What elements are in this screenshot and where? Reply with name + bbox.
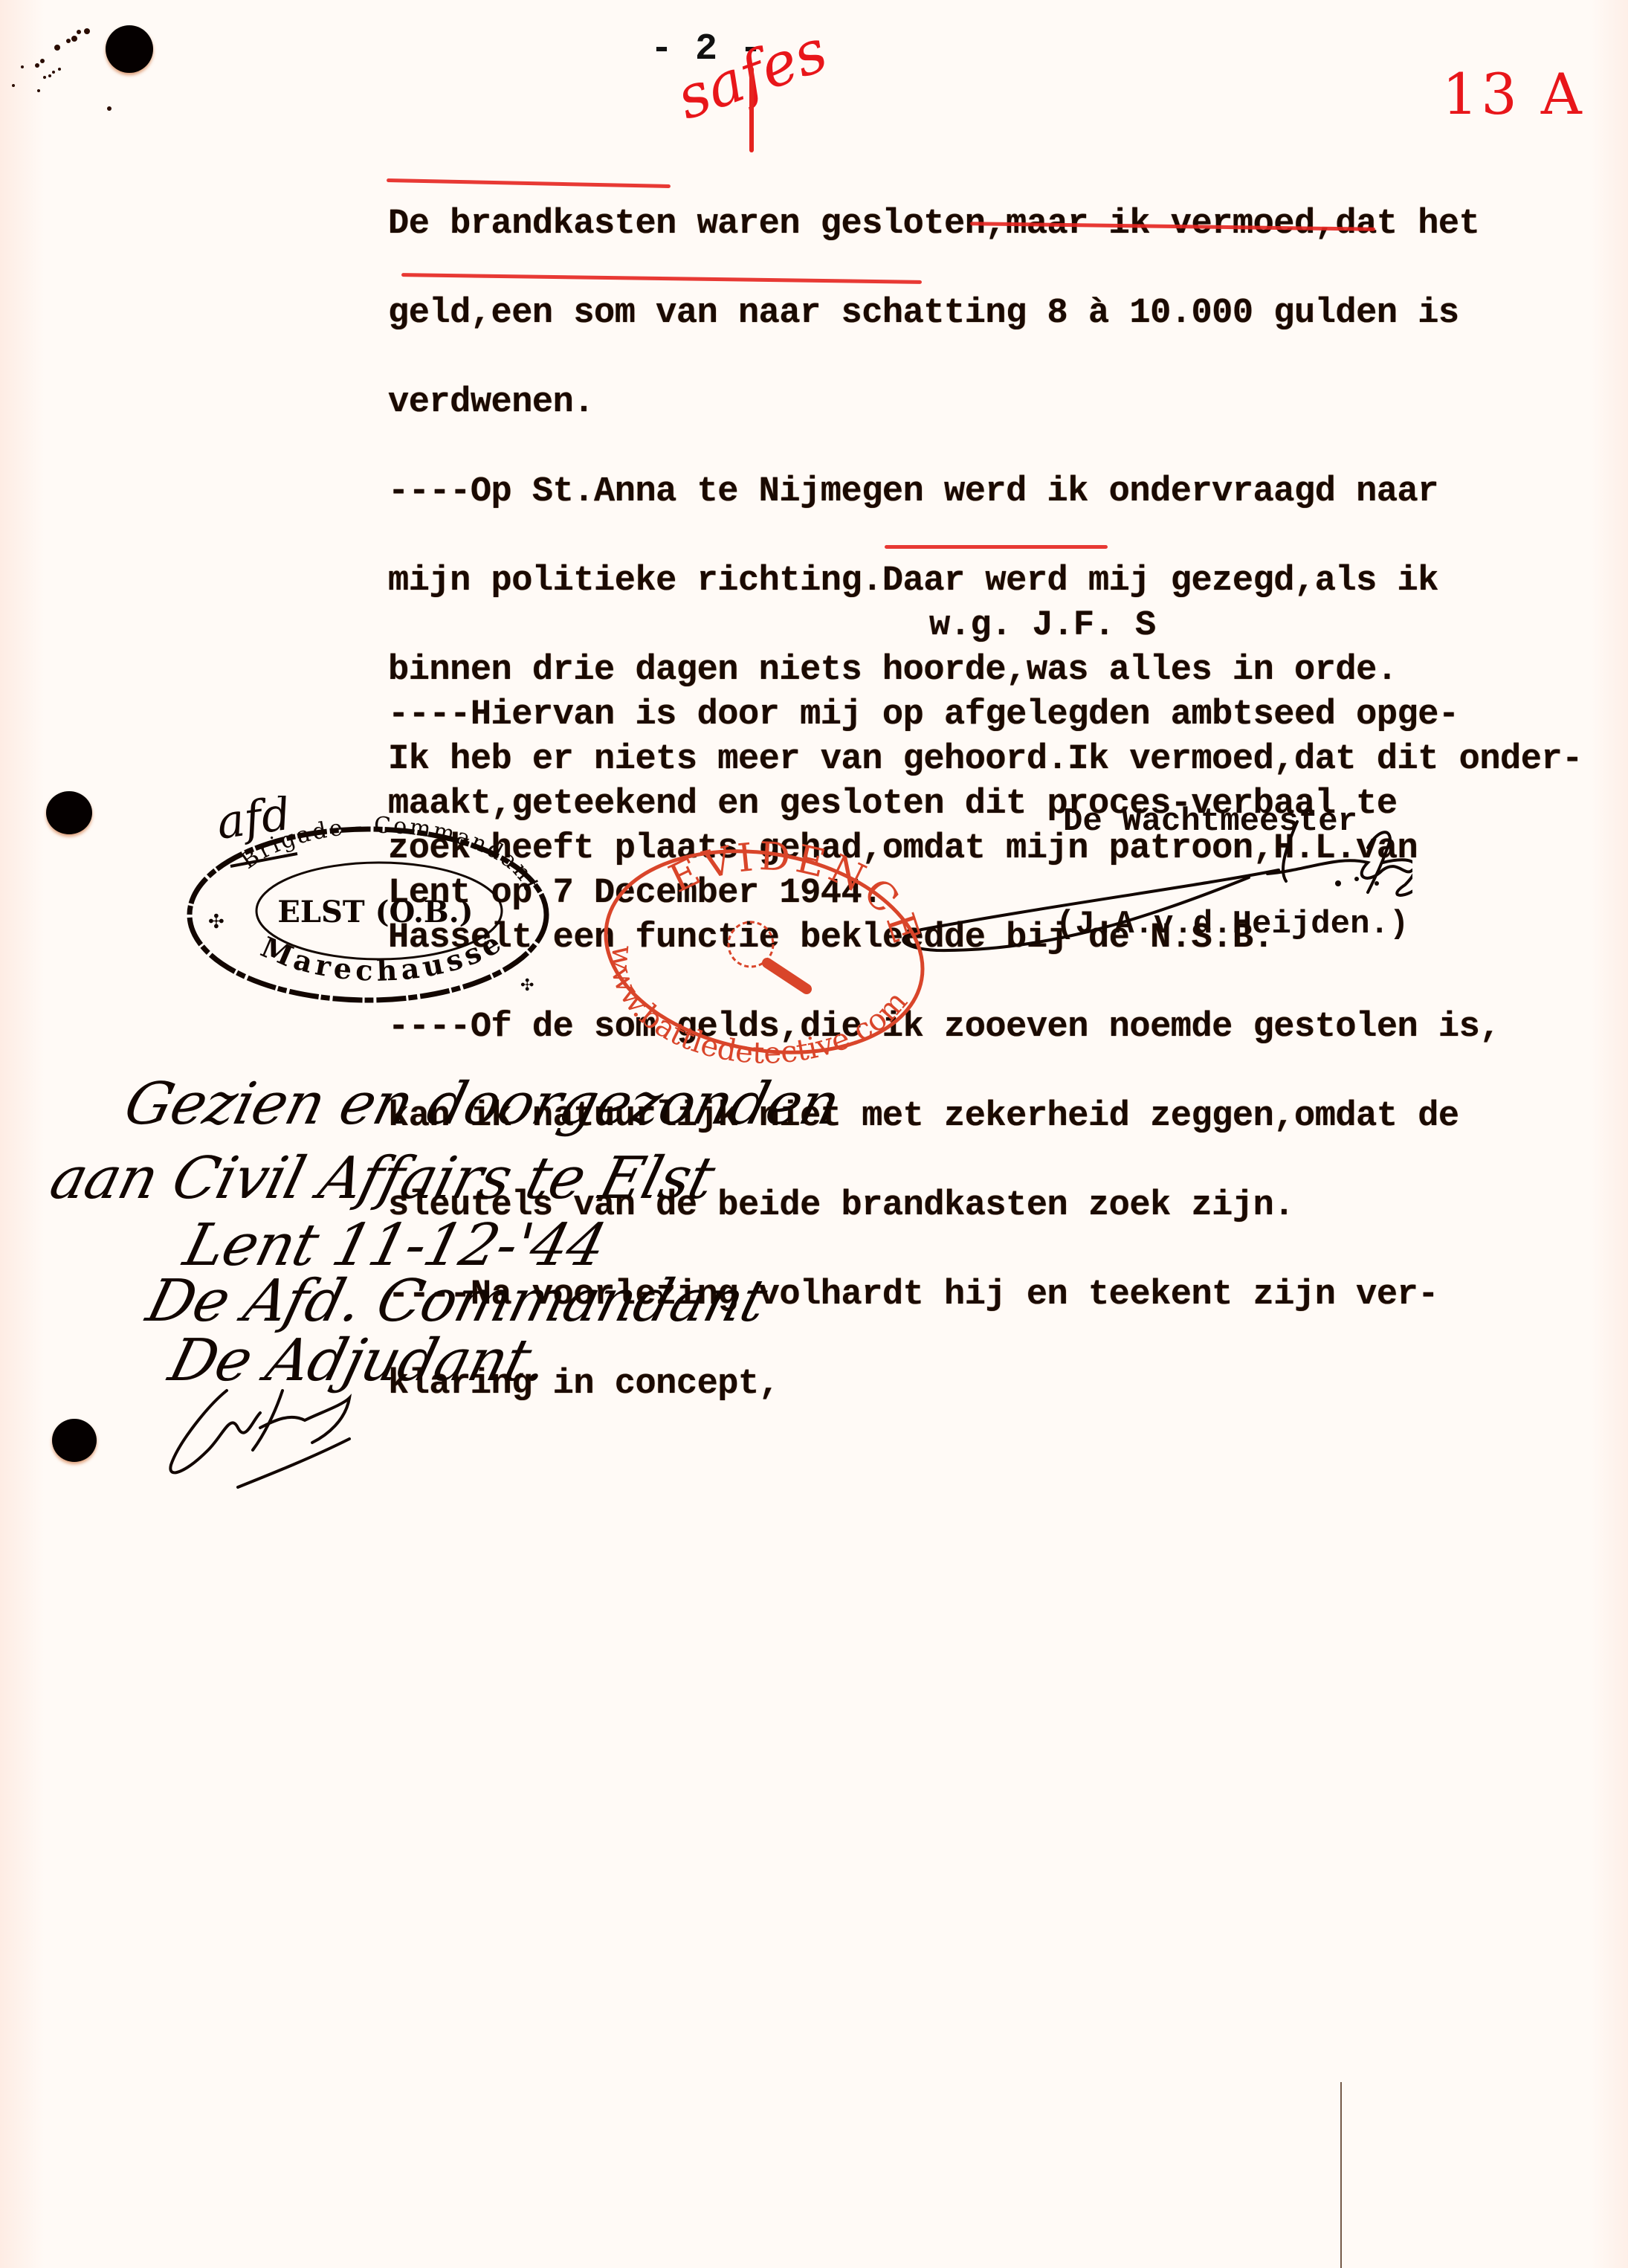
red-pencil-stroke <box>749 67 754 152</box>
handwritten-note-line: De Afd. Commandant <box>140 1268 773 1335</box>
signed-by-line: w.g. J.F. S <box>929 611 1156 641</box>
body-line: ----Of de som gelds,die ik zooeven noemd… <box>388 1013 1583 1043</box>
evidence-stamp: EVIDENCE www.battledetective.com <box>595 840 937 1063</box>
evidence-url-text: www.battledetective.com <box>604 944 914 1063</box>
punch-hole-bottom <box>52 1419 97 1462</box>
ink-speckles <box>0 0 149 112</box>
body-line: geld,een som van naar schatting 8 à 10.0… <box>388 299 1583 329</box>
marechaussee-stamp: Brigade - Commandant Marechaussée ELST (… <box>178 796 565 1011</box>
wachtmeester-signature <box>892 818 1412 1011</box>
handwritten-note-line: aan Civil Affairs te Elst <box>44 1145 721 1212</box>
closing-line: ----Hiervan is door mij op afgelegden am… <box>388 700 1459 730</box>
adjudant-signature <box>164 1383 461 1502</box>
body-line: verdwenen. <box>388 388 1583 418</box>
svg-text:✣: ✣ <box>520 976 534 995</box>
body-line: ----Op St.Anna te Nijmegen werd ik onder… <box>388 477 1583 507</box>
stamp-center-text: ELST (O.B.) <box>277 895 473 930</box>
body-line: klaring in concept, <box>388 1370 1583 1399</box>
folio-number: 13 A <box>1442 61 1585 127</box>
handwritten-note-line: Gezien en doorgezonden <box>118 1071 846 1138</box>
underline-brandkasten-2 <box>885 545 1108 549</box>
svg-text:www.battledetective.com: www.battledetective.com <box>604 944 914 1063</box>
body-line: mijn politieke richting.Daar werd mij ge… <box>388 567 1583 596</box>
punch-hole-middle <box>46 791 92 834</box>
magnifying-glass-icon <box>729 922 807 989</box>
scan-artifact-line <box>1340 2082 1342 2268</box>
svg-text:✣: ✣ <box>208 911 225 933</box>
